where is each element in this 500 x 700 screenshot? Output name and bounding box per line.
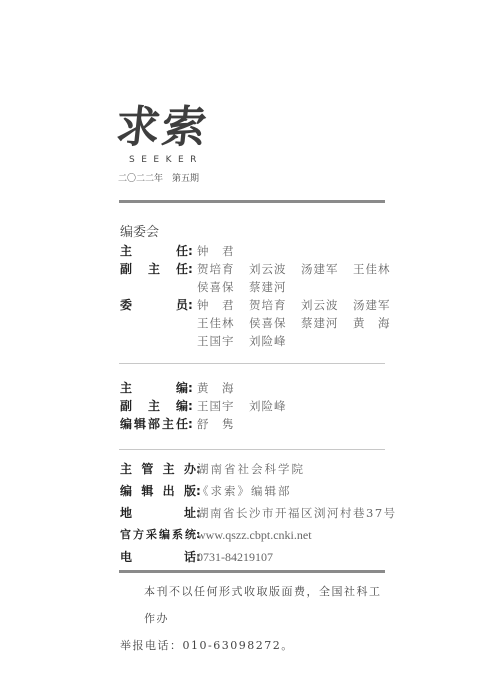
board-row-director: 主任:钟 君 bbox=[120, 242, 249, 260]
editorial-board-title: 编委会 bbox=[120, 221, 159, 240]
member-name: 王国宇 bbox=[197, 332, 249, 350]
member-name: 侯喜保 bbox=[249, 314, 301, 332]
row-label: 主管主办 bbox=[120, 460, 196, 478]
member-name: 黄 海 bbox=[353, 314, 405, 332]
member-name: 刘云波 bbox=[249, 260, 301, 278]
editor-name: 王国宇 bbox=[197, 397, 249, 415]
editor-name: 黄 海 bbox=[197, 379, 249, 397]
member-name: 王佳林 bbox=[353, 260, 405, 278]
pub-row-address: 地址:湖南省长沙市开福区浏河村巷37号 bbox=[120, 504, 397, 522]
board-row-deputy-director-cont: 侯喜保蔡建河 bbox=[197, 278, 301, 296]
row-label: 副主任 bbox=[120, 260, 188, 278]
editor-row-chief: 主编:黄 海 bbox=[120, 379, 249, 397]
member-name: 刘险峰 bbox=[249, 332, 301, 350]
journal-logo: 求索 bbox=[113, 100, 219, 156]
bottom-divider bbox=[119, 570, 385, 573]
member-name: 王佳林 bbox=[197, 314, 249, 332]
member-name: 贺培育 bbox=[197, 260, 249, 278]
row-label: 副主编 bbox=[120, 397, 188, 415]
editor-name: 舒 隽 bbox=[197, 415, 249, 433]
editor-row-office-director: 编辑部主任:舒 隽 bbox=[120, 415, 249, 433]
editor-name: 刘险峰 bbox=[249, 397, 301, 415]
notice-line-2: 举报电话：010-63098272。 bbox=[120, 632, 386, 659]
divider bbox=[119, 363, 385, 364]
member-name: 贺培育 bbox=[249, 296, 301, 314]
member-name: 侯喜保 bbox=[197, 278, 249, 296]
board-row-members-cont-1: 王佳林侯喜保蔡建河黄 海 bbox=[197, 314, 405, 332]
pub-row-publisher: 编辑出版:《求索》编辑部 bbox=[120, 482, 292, 500]
row-label: 编辑部主任 bbox=[120, 415, 188, 433]
member-name: 钟 君 bbox=[197, 242, 249, 260]
row-label: 电话 bbox=[120, 548, 196, 566]
pub-row-phone: 电话:0731-84219107 bbox=[120, 548, 273, 566]
website-link[interactable]: www.qszz.cbpt.cnki.net bbox=[197, 528, 312, 542]
row-label: 委员 bbox=[120, 296, 188, 314]
board-row-deputy-director: 副主任:贺培育刘云波汤建军王佳林 bbox=[120, 260, 405, 278]
row-label: 官方采编系统 bbox=[120, 526, 196, 544]
board-row-members: 委员:钟 君贺培育刘云波汤建军 bbox=[120, 296, 405, 314]
notice-line-1: 本刊不以任何形式收取版面费，全国社科工作办 bbox=[120, 578, 386, 632]
divider bbox=[119, 449, 385, 450]
row-label: 编辑出版 bbox=[120, 482, 196, 500]
issue-number: 二〇二二年 第五期 bbox=[118, 171, 199, 184]
pub-value: 0731-84219107 bbox=[197, 550, 273, 564]
pub-value: 湖南省社会科学院 bbox=[197, 462, 305, 476]
row-label: 主编 bbox=[120, 379, 188, 397]
pub-row-website: 官方采编系统:www.qszz.cbpt.cnki.net bbox=[120, 526, 312, 544]
top-divider bbox=[119, 200, 385, 203]
journal-english-name: SEEKER bbox=[129, 155, 203, 165]
row-label: 主任 bbox=[120, 242, 188, 260]
pub-value: 湖南省长沙市开福区浏河村巷37号 bbox=[197, 506, 397, 520]
row-label: 地址 bbox=[120, 504, 196, 522]
board-row-members-cont-2: 王国宇刘险峰 bbox=[197, 332, 301, 350]
member-name: 蔡建河 bbox=[301, 314, 353, 332]
member-name: 汤建军 bbox=[353, 296, 405, 314]
member-name: 蔡建河 bbox=[249, 278, 301, 296]
pub-row-sponsor: 主管主办:湖南省社会科学院 bbox=[120, 460, 305, 478]
editor-row-deputy: 副主编:王国宇刘险峰 bbox=[120, 397, 301, 415]
member-name: 汤建军 bbox=[301, 260, 353, 278]
pub-value: 《求索》编辑部 bbox=[197, 484, 292, 498]
member-name: 刘云波 bbox=[301, 296, 353, 314]
fee-notice: 本刊不以任何形式收取版面费，全国社科工作办 举报电话：010-63098272。 bbox=[120, 578, 386, 659]
member-name: 钟 君 bbox=[197, 296, 249, 314]
